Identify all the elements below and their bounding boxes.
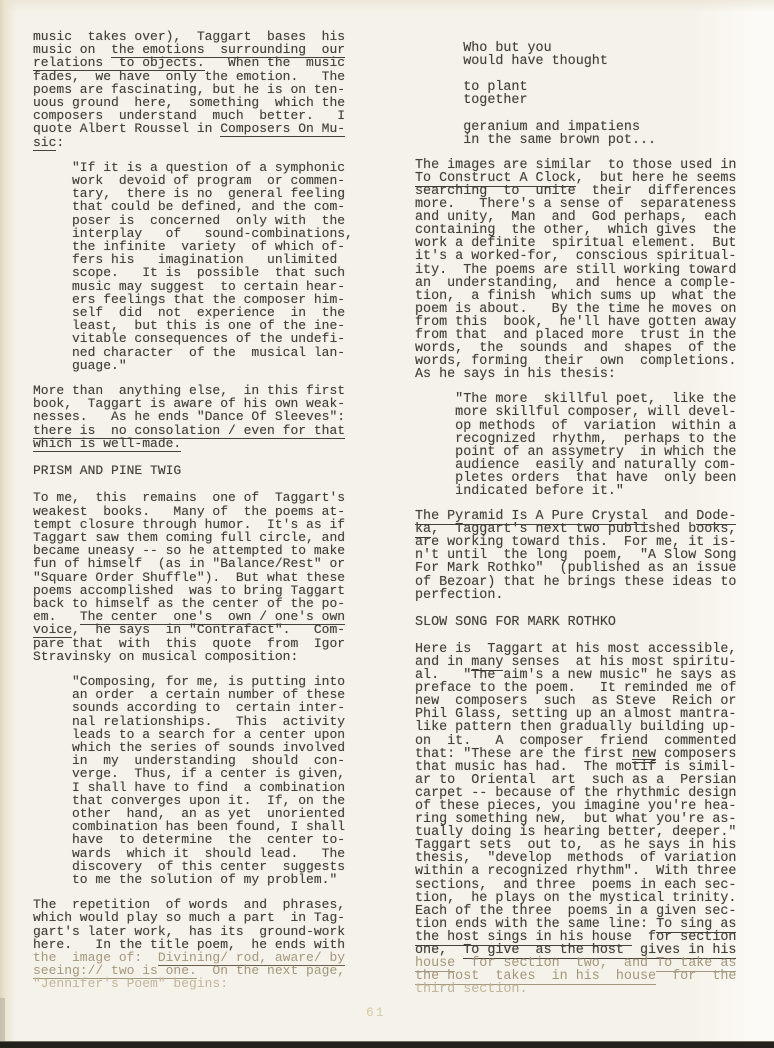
text-line: poser is concerned only with the xyxy=(33,214,363,227)
text-line: gart's later work, has its ground-work xyxy=(33,925,363,938)
text-line: voice, he says in "Contrafact". Com- xyxy=(33,623,363,636)
text-line: weakest books. Many of the poems at- xyxy=(33,505,363,518)
blockquote: "Composing, for me, is putting into an o… xyxy=(33,675,363,886)
text-line: third section. xyxy=(415,983,751,996)
text-line: more skillful composer, will devel- xyxy=(415,406,751,419)
text-line: SLOW SONG FOR MARK ROTHKO xyxy=(415,616,751,629)
text-line: geranium and impatiens xyxy=(415,121,751,134)
text-line: relations to objects. When the music xyxy=(33,56,363,69)
text-line: fades, we have only the emotion. The xyxy=(33,70,363,83)
text-line: music may suggest to certain hear- xyxy=(33,280,363,293)
text-line: "Square Order Shuffle"). But what these xyxy=(33,571,363,584)
text-line: I shall have to find a combination xyxy=(33,781,363,794)
paragraph: Here is Taggart at his most accessible,a… xyxy=(415,643,751,997)
text-line: ity. The poems are still working toward xyxy=(415,264,751,277)
text-line: fun of himself (as in "Balance/Rest" or xyxy=(33,557,363,570)
text-line: together xyxy=(415,94,751,107)
paragraph: To me, this remains one of Taggart'sweak… xyxy=(33,491,363,663)
text-line: an understanding, and hence a comple- xyxy=(415,277,751,290)
text-line: of Bezoar) that he brings these ideas to xyxy=(415,576,751,589)
text-line: sic: xyxy=(33,136,363,149)
text-line: Here is Taggart at his most accessible, xyxy=(415,643,751,656)
text-line: carpet -- because of the rhythmic design xyxy=(415,787,751,800)
text-line: like pattern then gradually building up- xyxy=(415,721,751,734)
text-line: wards which it should lead. The xyxy=(33,847,363,860)
paragraph: The images are similar to those used inT… xyxy=(415,159,751,382)
text-line: PRISM AND PINE TWIG xyxy=(33,464,363,477)
page-number: 61 xyxy=(366,1005,386,1020)
text-line: there is no consolation / even for that xyxy=(33,424,363,437)
page-scan: music takes over), Taggart bases hismusi… xyxy=(0,0,774,1048)
text-line: quote Albert Roussel in Composers On Mu- xyxy=(33,122,363,135)
right-column: Who but you would have thought to plant … xyxy=(415,42,751,1008)
text-line: Stravinsky on musical composition: xyxy=(33,650,363,663)
text-line: sections, and three poems in each sec- xyxy=(415,879,751,892)
text-line xyxy=(415,107,751,120)
text-line: leads to a search for a center upon xyxy=(33,728,363,741)
text-line: discovery of this center suggests xyxy=(33,860,363,873)
text-line: To me, this remains one of Taggart's xyxy=(33,491,363,504)
text-line: perfection. xyxy=(415,589,751,602)
text-line: tion, a finish which sums up what the xyxy=(415,290,751,303)
text-line: guage." xyxy=(33,359,363,372)
text-line: vitable consequences of the undefi- xyxy=(33,332,363,345)
paragraph: The Pyramid Is A Pure Crystal and Dode-k… xyxy=(415,510,751,602)
blockquote: "The more skillful poet, like the more s… xyxy=(415,393,751,498)
text-line: Each of the three poems in a given sec- xyxy=(415,905,751,918)
text-line: To Construct A Clock, but here he seems xyxy=(415,172,751,185)
text-line: point of an assymetry in which the xyxy=(415,446,751,459)
left-column: music takes over), Taggart bases hismusi… xyxy=(33,30,363,1003)
text-line: which is well-made. xyxy=(33,437,363,450)
text-line: sounds according to certain inter- xyxy=(33,701,363,714)
text-line: tion, he plays on the mystical trinity. xyxy=(415,892,751,905)
text-line: As he says in his thesis: xyxy=(415,368,751,381)
text-line: "Jennifer's Poem" begins: xyxy=(33,977,363,990)
text-line: tion ends with the same line: To sing as xyxy=(415,918,751,931)
scan-edge-shadow xyxy=(0,998,5,1041)
poem-excerpt: Who but you would have thought to plant … xyxy=(415,42,751,147)
section-heading: SLOW SONG FOR MARK ROTHKO xyxy=(415,616,751,629)
text-line: For Mark Rothko" (published as an issue xyxy=(415,562,751,575)
paragraph: music takes over), Taggart bases hismusi… xyxy=(33,30,363,149)
text-line: ned character of the musical lan- xyxy=(33,346,363,359)
text-line: The images are similar to those used in xyxy=(415,159,751,172)
text-line: it's a worked-for, conscious spiritual- xyxy=(415,250,751,263)
text-line: that converges upon it. If, on the xyxy=(33,794,363,807)
paragraph: More than anything else, in this firstbo… xyxy=(33,384,363,450)
text-line: nal relationships. This activity xyxy=(33,715,363,728)
text-line: recognized rhythm, perhaps to the xyxy=(415,433,751,446)
text-line: tempt closure through humor. It's as if xyxy=(33,518,363,531)
text-line: audience easily and naturally com- xyxy=(415,459,751,472)
text-line: ar to Oriental art such as a Persian xyxy=(415,774,751,787)
text-line: that: "These are the first new composers xyxy=(415,748,751,761)
text-line: poems accomplished was to bring Taggart xyxy=(33,584,363,597)
text-line: scope. It is possible that such xyxy=(33,266,363,279)
text-line: poem is about. By the time he moves on xyxy=(415,303,751,316)
text-line: indicated before it." xyxy=(415,485,751,498)
text-line: to me the solution of my problem." xyxy=(33,873,363,886)
text-line: op methods of variation within a xyxy=(415,420,751,433)
text-line: have to determine the center to- xyxy=(33,833,363,846)
text-line: which would play so much a part in Tag- xyxy=(33,911,363,924)
text-line: from this book, he'll have gotten away xyxy=(415,316,751,329)
text-line: would have thought xyxy=(415,55,751,68)
text-line: pare that with this quote from Igor xyxy=(33,637,363,650)
text-line: that music has had. The motif is simil- xyxy=(415,761,751,774)
paragraph: The repetition of words and phrases,whic… xyxy=(33,898,363,990)
text-line: verge. Thus, if a center is given, xyxy=(33,767,363,780)
text-line: in the same brown pot... xyxy=(415,134,751,147)
section-heading: PRISM AND PINE TWIG xyxy=(33,464,363,477)
blockquote: "If it is a question of a symphonic work… xyxy=(33,161,363,372)
text-line: on it. A composer friend commented xyxy=(415,735,751,748)
text-line: within a recognized rhythm". With three xyxy=(415,865,751,878)
scan-bottom-bar xyxy=(0,1041,774,1048)
text-line: that could be defined, and the com- xyxy=(33,200,363,213)
text-line: nesses. As he ends "Dance Of Sleeves": xyxy=(33,410,363,423)
